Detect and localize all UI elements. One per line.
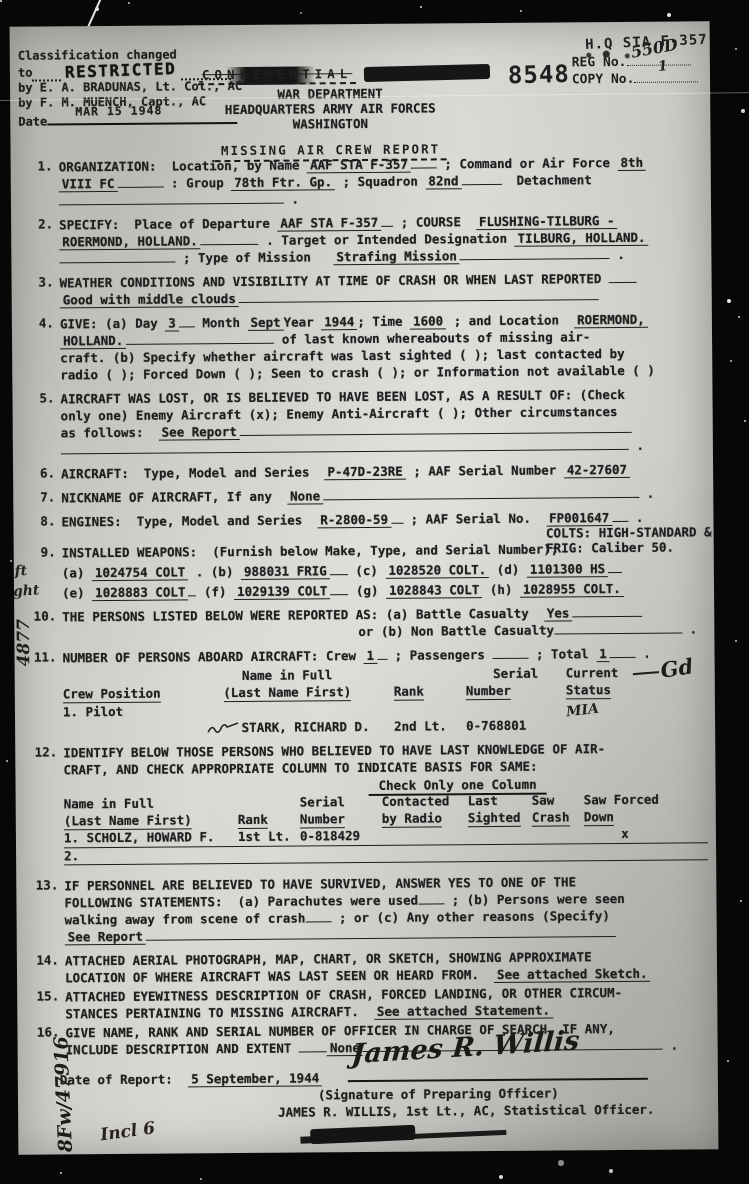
item-1-organization: 1. ORGANIZATION: Location, by Name AAF S… — [21, 153, 703, 209]
fill-in-value: 3 — [165, 315, 179, 331]
item-number: 7. — [23, 489, 61, 506]
classification-change-block: Classification changed to RESTRICTED by … — [18, 47, 279, 130]
col-number: Number — [466, 682, 511, 700]
witness-forced-down-mark: x — [584, 826, 666, 843]
blank-underline — [146, 924, 616, 941]
form-items: 1. ORGANIZATION: Location, by Name AAF S… — [11, 153, 718, 1058]
blank-underline — [391, 511, 403, 524]
weapons-label: INSTALLED WEAPONS: (Furnish below Make, … — [62, 541, 559, 560]
item-11-persons-aboard: 11. NUMBER OF PERSONS ABOARD AIRCRAFT: C… — [24, 644, 707, 737]
col-number: Number — [300, 811, 345, 829]
fill-in-value: 1028843 COLT — [386, 582, 482, 599]
form-line: Good with middle clouds — [60, 286, 704, 308]
typed-text: LOCATION OF WHERE AIRCRAFT WAS LAST SEEN… — [65, 967, 494, 985]
blank-underline — [554, 621, 682, 635]
fill-in-value: 1028883 COLT — [92, 584, 188, 601]
item-number: 13. — [26, 877, 65, 945]
blank-underline — [239, 287, 599, 303]
typed-text: GIVE: (a) Day — [60, 316, 165, 332]
item-number: 1. — [21, 158, 59, 209]
film-dust-specks — [0, 0, 2, 2]
colts-note: COLTS: HIGH-STANDARD & — [546, 524, 712, 540]
typed-text: . Target or Intended Designation — [259, 231, 515, 248]
left-guns-handwritten-label: Left — [10, 563, 28, 582]
typed-text: Month — [195, 315, 248, 330]
form-line: INSTALLED WEAPONS: (Furnish below Make, … — [62, 539, 706, 561]
typed-text: (c) — [348, 563, 386, 578]
typed-text: of last known whereabouts of missing air… — [274, 329, 590, 346]
changed-by-line1: by E. A. BRADUNAS, Lt. Col., AC — [18, 79, 278, 96]
item-number: 4. — [22, 315, 61, 383]
form-line: ; Type of Mission Strafing Mission . — [59, 245, 703, 267]
restricted-stamp: RESTRICTED — [65, 61, 177, 80]
fill-in-value: See Report — [159, 424, 240, 441]
crew-row-name: STARK, RICHARD D. 2nd Lt. 0-768801 — [63, 715, 707, 737]
typed-text: ; AAF Serial No. — [403, 511, 546, 527]
col-last: Last — [468, 793, 532, 810]
typed-text: or (b) Non Battle Casualty — [358, 623, 554, 640]
pilot-name-cell: STARK, RICHARD D. — [181, 718, 394, 737]
fill-in-value: Sept — [247, 315, 283, 331]
dotted-leader — [181, 64, 232, 80]
blank-underline — [411, 155, 437, 168]
copy-no-line: 1 — [634, 70, 698, 83]
typed-text: SPECIFY: Place of Departure — [59, 216, 277, 233]
blank-underline — [59, 249, 175, 263]
blank-underline — [418, 891, 444, 904]
blank-underline — [59, 191, 284, 206]
fill-in-value: FLUSHING-TILBURG - — [476, 213, 618, 230]
witness-crash-cell — [532, 826, 584, 843]
item-13-survived: 13. IF PERSONNEL ARE BELIEVED TO HAVE SU… — [26, 872, 709, 945]
typed-text: ORGANIZATION: Location, by Name — [59, 157, 307, 174]
date-line: DateMAR 15 1948 — [18, 109, 278, 130]
typed-text: . — [663, 1038, 678, 1053]
typed-text: (a) — [62, 565, 92, 580]
typed-text: . — [628, 510, 643, 525]
form-line: Right (e) 1028883 COLT (f) 1029139 COLT … — [62, 579, 706, 601]
report-number-stamp: 8548 — [508, 60, 570, 90]
typed-text: . — [639, 486, 654, 501]
col-saw-forced: Saw Forced — [584, 792, 666, 809]
fill-in-value: ROERMOND, HOLLAND. — [59, 233, 201, 250]
confidential-redaction-bar: CONFIDENTIAL — [310, 1125, 416, 1144]
pilot-name-text: STARK, RICHARD D. — [242, 719, 370, 735]
fill-in-value: None — [287, 488, 323, 504]
typed-text: CRAFT, AND CHECK APPROPRIATE COLUMN TO I… — [63, 759, 537, 778]
fill-in-value: AAF STA F-357 — [307, 157, 411, 174]
witness-serial-cell: 0-818429 — [300, 828, 382, 845]
item-number: 6. — [23, 465, 61, 482]
fill-in-value: 78th Ftr. Gp. — [231, 174, 335, 191]
typed-text: ENGINES: Type, Model and Series — [61, 512, 317, 529]
typed-text: ; Passengers — [387, 647, 492, 663]
fill-in-value: ROERMOND, — [574, 312, 648, 329]
fill-in-value: Good with middle clouds — [60, 291, 239, 308]
col-contacted: Contacted — [382, 793, 468, 810]
item-5-aircraft-lost: 5. AIRCRAFT WAS LOST, OR IS BELIEVED TO … — [22, 385, 705, 458]
fill-in-value: TILBURG, HOLLAND. — [515, 230, 649, 247]
col-down: Down — [584, 809, 614, 827]
blank-underline — [572, 604, 642, 618]
document-header: CONFIDENTIALCONFIDENTIAL WAR DEPARTMENT … — [10, 21, 711, 158]
confidential-redacted-text: CONFIDENTIAL — [364, 64, 491, 82]
typed-text: NICKNAME OF AIRCRAFT, If any — [61, 489, 287, 506]
item-number: 5. — [22, 390, 61, 458]
weapons-row-right: (e) 1028883 COLT (f) 1029139 COLT (g) 10… — [62, 581, 624, 600]
crew-table: Name in Full Serial Current Crew Positio… — [63, 663, 708, 737]
fill-in-value: 1 — [364, 648, 378, 664]
form-line: See Report — [65, 923, 709, 945]
fill-in-value: FP001647 — [546, 510, 612, 527]
fill-in-value: 1 — [596, 646, 610, 662]
typed-text: ; (b) Persons were seen — [444, 891, 625, 907]
form-line: or (b) Non Battle Casualty . — [62, 620, 706, 642]
blank-underline — [330, 562, 348, 575]
date-underline: MAR 15 1948 — [47, 109, 237, 125]
col-saw: Saw — [532, 792, 584, 809]
blank-underline — [377, 647, 387, 660]
blank-underline — [330, 582, 348, 595]
fill-in-value: VIII FC — [59, 176, 118, 192]
col-sighted: Sighted — [468, 809, 521, 827]
typed-text: (h) — [482, 582, 520, 597]
fill-in-value: R-2800-59 — [317, 512, 391, 529]
item-number: 3. — [22, 274, 60, 308]
handwritten-scribble — [206, 721, 240, 734]
typed-text: radio ( ); Forced Down ( ); Seen to cras… — [60, 363, 655, 383]
typed-text: ; Time — [357, 314, 410, 329]
item-4-give: 4. GIVE: (a) Day 3 Month SeptYear 1944; … — [22, 310, 705, 383]
date-stamp: MAR 15 1948 — [75, 103, 162, 119]
typed-text: NUMBER OF PERSONS ABOARD AIRCRAFT: Crew — [62, 648, 363, 665]
fill-in-value: AAF STA F-357 — [277, 215, 381, 232]
blank-underline — [201, 232, 259, 245]
item-7-nickname: 7. NICKNAME OF AIRCRAFT, If any None . — [23, 484, 705, 506]
date-of-report-value: 5 September, 1944 — [188, 1070, 322, 1087]
col-last-name-first: (Last Name First) — [64, 812, 192, 831]
typed-text: ; Type of Mission — [175, 249, 333, 265]
fill-in-value: See Report — [65, 929, 146, 946]
form-line: . — [61, 436, 705, 458]
blank-underline — [299, 1039, 327, 1052]
fill-in-value: 1101300 HS — [527, 561, 608, 578]
witness-table: Check Only one Column Name in Full Seria… — [64, 775, 709, 865]
fill-in-value: 1024754 COLT — [92, 564, 188, 581]
form-line: NUMBER OF PERSONS ABOARD AIRCRAFT: Crew … — [62, 644, 706, 666]
blank-underline — [492, 646, 528, 659]
crew-position-cell: 1. Pilot — [63, 702, 181, 720]
fill-in-value: Yes — [544, 605, 573, 621]
redacted-text: CONFIDENTIAL — [310, 1130, 383, 1144]
col-name-in-full: Name in Full — [64, 795, 238, 813]
registry-stamps: H.Q STA F-357 8548 REG No.550D COPY No.1 — [508, 35, 708, 89]
weapons-make-note: COLTS: HIGH-STANDARD & FRIG: Caliber 50. — [546, 524, 712, 555]
col-rank: Rank — [238, 811, 268, 829]
frig-note: FRIG: Caliber 50. — [546, 539, 712, 555]
classification-line2: to RESTRICTED — [18, 62, 278, 81]
typed-text: ; AAF Serial Number — [406, 462, 564, 478]
witness-rank-cell: 1st Lt. — [238, 829, 300, 846]
pilot-serial-cell: 0-768801 — [466, 716, 566, 734]
form-line: radio ( ); Forced Down ( ); Seen to cras… — [60, 361, 704, 383]
typed-text: ; or (c) Any other reasons (Specify) — [331, 908, 610, 925]
typed-text: (d) — [489, 562, 527, 577]
typed-text: as follows: — [61, 425, 159, 441]
typed-text: (f) — [196, 584, 234, 599]
typed-text: ; Squadron — [335, 174, 425, 190]
typed-text: Year — [284, 314, 322, 329]
form-line: STANCES PERTAINING TO MISSING AIRCRAFT. … — [65, 1000, 709, 1022]
item-number: 12. — [25, 744, 64, 865]
typed-text: ; COURSE — [393, 214, 476, 230]
fill-in-value: See attached Statement. — [374, 1003, 553, 1020]
fill-in-value: Strafing Mission — [333, 248, 460, 265]
col-by-radio: by Radio — [382, 810, 442, 828]
typed-text: . — [284, 191, 299, 206]
form-line: CRAFT, AND CHECK APPROPRIATE COLUMN TO I… — [63, 756, 707, 778]
vertical-margin-note-top: 4877 — [14, 619, 34, 666]
fill-in-value: HOLLAND. — [60, 333, 126, 350]
item-14-aerial-photo: 14. ATTACHED AERIAL PHOTOGRAPH, MAP, CHA… — [27, 947, 709, 986]
form-line: AIRCRAFT: Type, Model and Series P-47D-2… — [61, 460, 705, 482]
form-line: NICKNAME OF AIRCRAFT, If any None . — [61, 484, 705, 506]
typed-text: Detachment — [501, 172, 591, 188]
typed-text: STANCES PERTAINING TO MISSING AIRCRAFT. — [65, 1004, 374, 1021]
pilot-rank-cell: 2nd Lt. — [394, 717, 466, 735]
fill-in-value: 1029139 COLT — [234, 583, 330, 600]
to-label: to — [18, 66, 33, 80]
report-footer: Date of Report: 5 September, 1944 James … — [60, 1063, 719, 1144]
blank-underline — [612, 509, 628, 522]
typed-text: INCLUDE DESCRIPTION AND EXTENT — [66, 1041, 299, 1058]
col-name-in-full: Name in Full — [181, 666, 394, 685]
handwritten-signature: James R. Willis — [351, 1032, 580, 1064]
typed-text: ; Command or Air Force — [437, 155, 618, 171]
form-line: LOCATION OF WHERE AIRCRAFT WAS LAST SEEN… — [65, 964, 709, 986]
blank-underline — [609, 270, 637, 283]
film-scan-background: { "colors": {"paper":"#d7d5d0","ink":"#1… — [0, 0, 749, 1184]
col-status: Status — [566, 681, 611, 699]
col-crew-position: Crew Position — [63, 685, 161, 704]
blank-underline — [461, 172, 501, 185]
blank-underline — [323, 485, 639, 500]
fill-in-value: 988031 FRIG — [241, 563, 330, 580]
col-serial: Serial — [466, 664, 566, 682]
reg-copy-block: REG No.550D COPY No.1 — [572, 53, 699, 88]
fill-in-value: 82nd — [425, 173, 461, 189]
typed-text: (g) — [348, 583, 386, 598]
item-10-casualty: 10. THE PERSONS LISTED BELOW WERE REPORT… — [24, 603, 706, 642]
date-label: Date — [18, 114, 47, 128]
blank-underline — [608, 560, 622, 573]
blank-underline — [179, 314, 195, 327]
blank-underline — [460, 246, 610, 260]
fill-in-value: See attached Sketch. — [494, 966, 651, 983]
weapons-row-left: (a) 1024754 COLT . (b) 988031 FRIG (c) 1… — [62, 561, 622, 580]
copy-no-label: COPY No. — [572, 72, 635, 87]
col-last-name-first: (Last Name First) — [223, 683, 351, 702]
fill-in-value: 8th — [617, 155, 646, 171]
col-rank: Rank — [394, 683, 424, 701]
typed-text: : Group — [163, 175, 231, 191]
item-number: 8. — [23, 513, 61, 530]
witness-sighted-cell — [468, 827, 532, 844]
blank-underline — [240, 420, 632, 436]
fill-in-value: 1028520 COLT. — [385, 562, 489, 579]
witness-row-2: 2. — [64, 843, 708, 866]
form-line: Left (a) 1024754 COLT . (b) 988031 FRIG … — [62, 559, 706, 581]
fill-in-value: 1028955 COLT. — [520, 581, 624, 598]
item-number: 14. — [27, 952, 65, 986]
typed-text: ; Total — [528, 646, 596, 662]
item-15-eyewitness: 15. ATTACHED EYEWITNESS DESCRIPTION OF C… — [27, 983, 709, 1022]
col-crash: Crash — [532, 809, 570, 827]
blank-underline — [381, 214, 393, 227]
typed-text: . — [682, 621, 697, 636]
item-number: 2. — [21, 216, 59, 267]
item-12-witnesses: 12. IDENTIFY BELOW THOSE PERSONS WHO BEL… — [25, 739, 708, 865]
fill-in-value: P-47D-23RE — [324, 464, 405, 481]
item-3-weather: 3. WEATHER CONDITIONS AND VISIBILITY AT … — [22, 269, 704, 308]
typed-text: (e) — [62, 585, 92, 600]
spacer — [62, 624, 358, 638]
reg-no-label: REG No. — [572, 55, 627, 70]
witness-radio-cell — [382, 827, 468, 844]
blank-underline — [126, 331, 274, 345]
typed-text: . (b) — [188, 564, 241, 579]
blank-underline — [117, 175, 163, 188]
typed-text: AIRCRAFT: Type, Model and Series — [61, 464, 325, 481]
signature-line: James R. Willis — [348, 1064, 648, 1082]
typed-text: walking away from scene of crash — [65, 910, 306, 927]
typed-text: FOLLOWING STATEMENTS: (a) Parachutes wer… — [64, 893, 418, 911]
typed-text: ; and Location — [446, 312, 574, 328]
col-serial: Serial — [300, 794, 382, 811]
right-guns-handwritten-label: Right — [10, 582, 40, 602]
fill-in-value: 1944 — [321, 314, 357, 330]
blank-underline — [610, 645, 636, 658]
witness-name-cell: 2. — [64, 846, 238, 864]
document-paper: CONFIDENTIALCONFIDENTIAL WAR DEPARTMENT … — [10, 21, 719, 1154]
fill-in-value: 42-27607 — [564, 462, 630, 479]
blank-underline — [305, 909, 331, 922]
item-2-specify: 2. SPECIFY: Place of Departure AAF STA F… — [21, 211, 703, 267]
dotted-leader — [32, 65, 61, 81]
typed-text: . — [610, 247, 625, 262]
item-9-weapons: 9. INSTALLED WEAPONS: (Furnish below Mak… — [24, 539, 706, 601]
date-of-report-label: Date of Report: — [60, 1072, 173, 1088]
item-6-aircraft-type: 6. AIRCRAFT: Type, Model and Series P-47… — [23, 460, 705, 482]
witness-name-cell: 1. SCHOLZ, HOWARD F. — [64, 829, 238, 847]
typed-text: . — [629, 438, 644, 453]
form-line: . — [59, 187, 703, 209]
fill-in-value: 1600 — [410, 313, 446, 329]
preparing-officer-line: JAMES R. WILLIS, 1st Lt., AC, Statistica… — [278, 1100, 718, 1121]
